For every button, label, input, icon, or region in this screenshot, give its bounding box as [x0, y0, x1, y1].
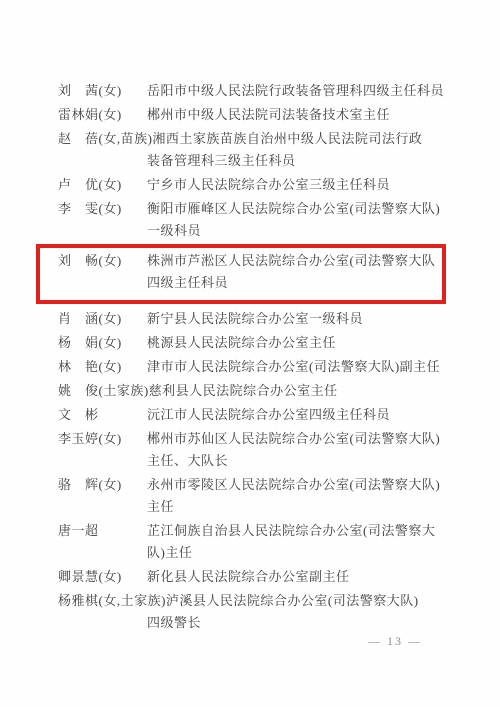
highlighted-roster-entry: 刘 畅(女)株洲市芦淞区人民法院综合办公室(司法警察大队 四级主任科员: [36, 244, 446, 304]
person-position: 芷江侗族自治县人民法院综合办公室(司法警察大: [147, 523, 435, 538]
position-continuation-line: 装备管理科三级主任科员: [147, 150, 458, 172]
roster-entry: 卿景慧(女)新化县人民法院综合办公室副主任: [58, 566, 458, 588]
person-position: 沅江市人民法院综合办公室四级主任科员: [147, 407, 390, 422]
roster-entry: 姚 俊(土家族)慈利县人民法院综合办公室主任: [58, 380, 458, 402]
roster-entry: 李 雯(女)衡阳市雁峰区人民法院综合办公室(司法警察大队) 一级科员: [58, 198, 458, 242]
person-position: 宁乡市人民法院综合办公室三级主任科员: [147, 177, 390, 192]
entry-first-line: 姚 俊(土家族)慈利县人民法院综合办公室主任: [58, 380, 458, 402]
entry-first-line: 骆 辉(女)永州市零陵区人民法院综合办公室(司法警察大队): [58, 474, 458, 496]
person-position: 湘西土家族苗族自治州中级人民法院司法行政: [152, 131, 422, 146]
person-position: 岳阳市中级人民法院行政装备管理科四级主任科员: [147, 83, 444, 98]
roster-entry: 李玉婷(女)郴州市苏仙区人民法院综合办公室(司法警察大队) 主任、大队长: [58, 428, 458, 472]
person-name: 姚 俊(土家族): [58, 380, 149, 402]
person-position: 新宁县人民法院综合办公室一级科员: [147, 311, 363, 326]
roster-entry: 卢 优(女)宁乡市人民法院综合办公室三级主任科员: [58, 174, 458, 196]
roster-entry: 文 彬沅江市人民法院综合办公室四级主任科员: [58, 404, 458, 426]
person-position: 津市市人民法院综合办公室(司法警察大队)副主任: [147, 359, 440, 374]
entry-first-line: 林 艳(女)津市市人民法院综合办公室(司法警察大队)副主任: [58, 356, 458, 378]
person-position: 郴州市苏仙区人民法院综合办公室(司法警察大队): [147, 431, 440, 446]
entry-first-line: 卢 优(女)宁乡市人民法院综合办公室三级主任科员: [58, 174, 458, 196]
entry-first-line: 肖 涵(女)新宁县人民法院综合办公室一级科员: [58, 308, 458, 330]
person-name: 林 艳(女): [58, 356, 147, 378]
person-name: 卢 优(女): [58, 174, 147, 196]
person-name: 文 彬: [58, 404, 147, 426]
person-name: 杨 娟(女): [58, 332, 147, 354]
roster-entry: 雷林娟(女)郴州市中级人民法院司法装备技术室主任: [58, 104, 458, 126]
entry-first-line: 李 雯(女)衡阳市雁峰区人民法院综合办公室(司法警察大队): [58, 198, 458, 220]
roster-entry: 杨 娟(女)桃源县人民法院综合办公室主任: [58, 332, 458, 354]
person-position: 慈利县人民法院综合办公室主任: [149, 383, 338, 398]
roster-entry: 唐一超芷江侗族自治县人民法院综合办公室(司法警察大 队)主任: [58, 520, 458, 564]
person-position: 泸溪县人民法院综合办公室(司法警察大队): [166, 593, 419, 608]
person-name: 赵 蓓(女,苗族): [58, 128, 152, 150]
person-name: 李玉婷(女): [58, 428, 147, 450]
position-continuation-line: 主任、大队长: [147, 450, 458, 472]
personnel-roster-list: 刘 茜(女)岳阳市中级人民法院行政装备管理科四级主任科员 雷林娟(女)郴州市中级…: [0, 80, 500, 636]
person-name: 骆 辉(女): [58, 474, 147, 496]
roster-entry: 赵 蓓(女,苗族)湘西土家族苗族自治州中级人民法院司法行政 装备管理科三级主任科…: [58, 128, 458, 172]
person-name: 刘 茜(女): [58, 80, 147, 102]
entry-first-line: 杨 娟(女)桃源县人民法院综合办公室主任: [58, 332, 458, 354]
person-name: 杨雅棋(女,土家族): [58, 590, 166, 612]
person-position: 衡阳市雁峰区人民法院综合办公室(司法警察大队): [147, 201, 440, 216]
person-position: 桃源县人民法院综合办公室主任: [147, 335, 336, 350]
entry-first-line: 李玉婷(女)郴州市苏仙区人民法院综合办公室(司法警察大队): [58, 428, 458, 450]
position-continuation-line: 主任: [147, 496, 458, 518]
person-name: 李 雯(女): [58, 198, 147, 220]
person-name: 刘 畅(女): [58, 250, 147, 272]
person-name: 雷林娟(女): [58, 104, 147, 126]
person-position: 郴州市中级人民法院司法装备技术室主任: [147, 107, 390, 122]
document-page: 刘 茜(女)岳阳市中级人民法院行政装备管理科四级主任科员 雷林娟(女)郴州市中级…: [0, 0, 500, 707]
position-continuation-line: 四级警长: [147, 612, 458, 634]
roster-entry: 肖 涵(女)新宁县人民法院综合办公室一级科员: [58, 308, 458, 330]
person-name: 唐一超: [58, 520, 147, 542]
person-name: 卿景慧(女): [58, 566, 147, 588]
person-name: 肖 涵(女): [58, 308, 147, 330]
entry-first-line: 雷林娟(女)郴州市中级人民法院司法装备技术室主任: [58, 104, 458, 126]
person-position: 永州市零陵区人民法院综合办公室(司法警察大队): [147, 477, 440, 492]
roster-entry: 刘 茜(女)岳阳市中级人民法院行政装备管理科四级主任科员: [58, 80, 458, 102]
position-continuation-line: 一级科员: [147, 220, 458, 242]
roster-entry: 杨雅棋(女,土家族)泸溪县人民法院综合办公室(司法警察大队) 四级警长: [58, 590, 458, 634]
entry-first-line: 文 彬沅江市人民法院综合办公室四级主任科员: [58, 404, 458, 426]
person-position: 新化县人民法院综合办公室副主任: [147, 569, 350, 584]
roster-entry: 骆 辉(女)永州市零陵区人民法院综合办公室(司法警察大队) 主任: [58, 474, 458, 518]
position-continuation-line: 四级主任科员: [147, 272, 438, 294]
entry-first-line: 杨雅棋(女,土家族)泸溪县人民法院综合办公室(司法警察大队): [58, 590, 458, 612]
roster-entry: 林 艳(女)津市市人民法院综合办公室(司法警察大队)副主任: [58, 356, 458, 378]
entry-first-line: 唐一超芷江侗族自治县人民法院综合办公室(司法警察大: [58, 520, 458, 542]
entry-first-line: 刘 茜(女)岳阳市中级人民法院行政装备管理科四级主任科员: [58, 80, 458, 102]
entry-first-line: 卿景慧(女)新化县人民法院综合办公室副主任: [58, 566, 458, 588]
entry-first-line: 赵 蓓(女,苗族)湘西土家族苗族自治州中级人民法院司法行政: [58, 128, 458, 150]
page-number: — 13 —: [368, 634, 422, 649]
entry-first-line: 刘 畅(女)株洲市芦淞区人民法院综合办公室(司法警察大队: [58, 250, 438, 272]
person-position: 株洲市芦淞区人民法院综合办公室(司法警察大队: [147, 253, 435, 268]
position-continuation-line: 队)主任: [147, 542, 458, 564]
